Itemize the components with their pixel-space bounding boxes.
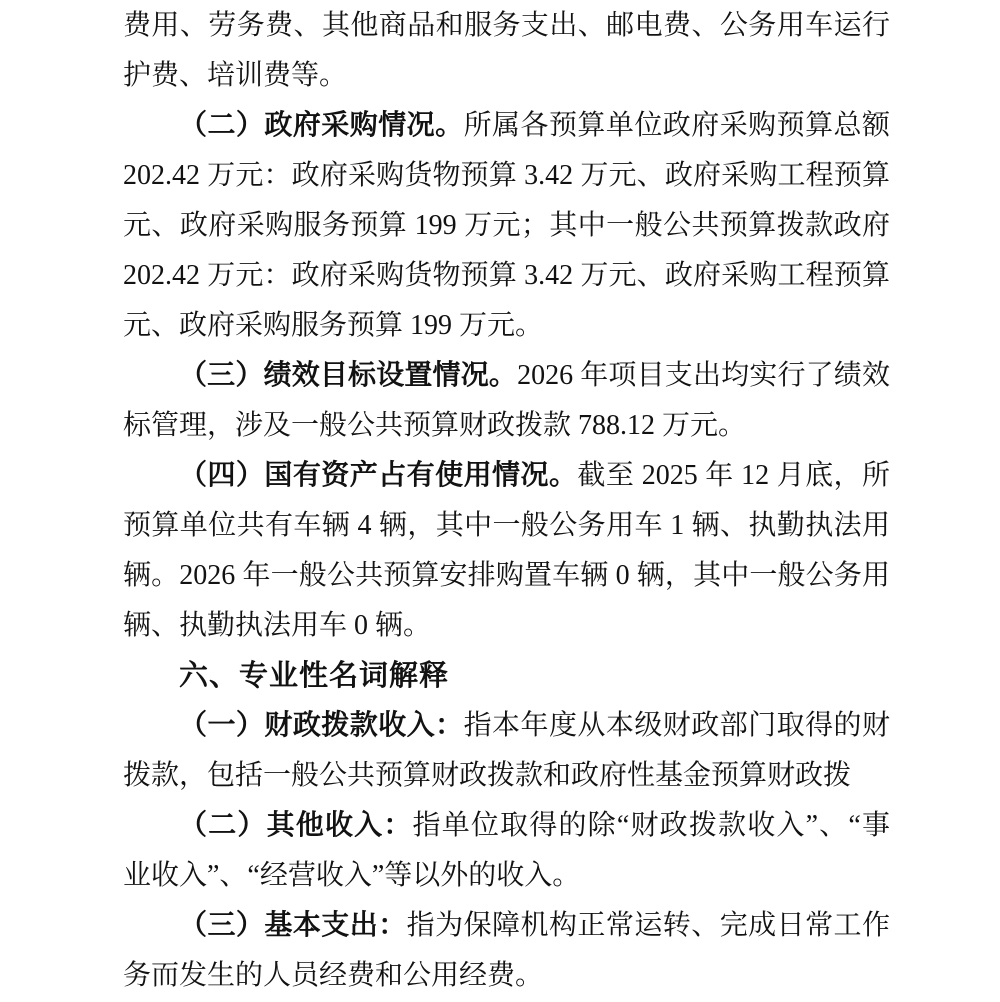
document-body: 费用、劳务费、其他商品和服务支出、邮电费、公务用车运行维护费、培训费等。（二）政… [123, 1, 890, 1001]
lead-in-text: （二）政府采购情况。 [179, 110, 464, 141]
text-line: 护费、培训费等。 [123, 51, 890, 101]
lead-in-text: （一）财政拨款收入： [179, 710, 464, 741]
text-line: （三）基本支出：指为保障机构正常运转、完成日常工作任 [123, 901, 890, 951]
body-text: 务而发生的人员经费和公用经费。 [123, 960, 543, 991]
text-line: 拨款，包括一般公共预算财政拨款和政府性基金预算财政拨款。 [123, 751, 890, 801]
body-text: 标管理，涉及一般公共预算财政拨款 788.12 万元。 [123, 410, 746, 441]
body-text: 指单位取得的除“财政拨款收入”、“事 [413, 810, 890, 841]
section-heading: 六、专业性名词解释 [123, 651, 890, 701]
text-line: 辆。2026 年一般公共预算安排购置车辆 0 辆，其中一般公务用车 0 [123, 551, 890, 601]
body-text: 元、政府采购服务预算 199 万元。 [123, 310, 543, 341]
text-line: 元、政府采购服务预算 199 万元。 [123, 301, 890, 351]
body-text: 预算单位共有车辆 4 辆，其中一般公务用车 1 辆、执勤执法用车 3 [123, 510, 890, 551]
text-line: 费用、劳务费、其他商品和服务支出、邮电费、公务用车运行维 [123, 1, 890, 51]
text-line: 业收入”、“经营收入”等以外的收入。 [123, 851, 890, 901]
lead-in-text: （二）其他收入： [179, 810, 413, 841]
text-line: （一）财政拨款收入：指本年度从本级财政部门取得的财政 [123, 701, 890, 751]
text-line: （二）其他收入：指单位取得的除“财政拨款收入”、“事 [123, 801, 890, 851]
body-text: 元、政府采购服务预算 199 万元；其中一般公共预算拨款政府采购 [123, 210, 890, 251]
text-line: 标管理，涉及一般公共预算财政拨款 788.12 万元。 [123, 401, 890, 451]
body-text: 拨款，包括一般公共预算财政拨款和政府性基金预算财政拨款。 [123, 760, 851, 801]
body-text: 护费、培训费等。 [123, 60, 347, 91]
lead-in-text: （三）绩效目标设置情况。 [179, 360, 517, 391]
text-line: 辆、执勤执法用车 0 辆。 [123, 601, 890, 651]
lead-in-text: （三）基本支出： [179, 910, 407, 941]
text-line: 202.42 万元：政府采购货物预算 3.42 万元、政府采购工程预算 0 万 [123, 151, 890, 201]
text-line: 务而发生的人员经费和公用经费。 [123, 951, 890, 1001]
body-text: 202.42 万元：政府采购货物预算 3.42 万元、政府采购工程预算 0 万 [123, 260, 890, 301]
text-line: 预算单位共有车辆 4 辆，其中一般公务用车 1 辆、执勤执法用车 3 [123, 501, 890, 551]
text-line: （三）绩效目标设置情况。2026 年项目支出均实行了绩效目 [123, 351, 890, 401]
text-line: （二）政府采购情况。所属各预算单位政府采购预算总额 [123, 101, 890, 151]
lead-in-text: 六、专业性名词解释 [179, 660, 449, 692]
body-text: 辆、执勤执法用车 0 辆。 [123, 610, 431, 641]
body-text: 辆。2026 年一般公共预算安排购置车辆 0 辆，其中一般公务用车 0 [123, 560, 890, 601]
document-page: 费用、劳务费、其他商品和服务支出、邮电费、公务用车运行维护费、培训费等。（二）政… [0, 0, 1000, 1002]
lead-in-text: （四）国有资产占有使用情况。 [179, 460, 577, 491]
body-text: 202.42 万元：政府采购货物预算 3.42 万元、政府采购工程预算 0 万 [123, 160, 890, 201]
body-text: 业收入”、“经营收入”等以外的收入。 [123, 860, 580, 891]
text-line: （四）国有资产占有使用情况。截至 2025 年 12 月底，所属各 [123, 451, 890, 501]
body-text: 所属各预算单位政府采购预算总额 [464, 110, 890, 141]
text-line: 202.42 万元：政府采购货物预算 3.42 万元、政府采购工程预算 0 万 [123, 251, 890, 301]
text-line: 元、政府采购服务预算 199 万元；其中一般公共预算拨款政府采购 [123, 201, 890, 251]
body-text: 费用、劳务费、其他商品和服务支出、邮电费、公务用车运行维 [123, 10, 890, 51]
